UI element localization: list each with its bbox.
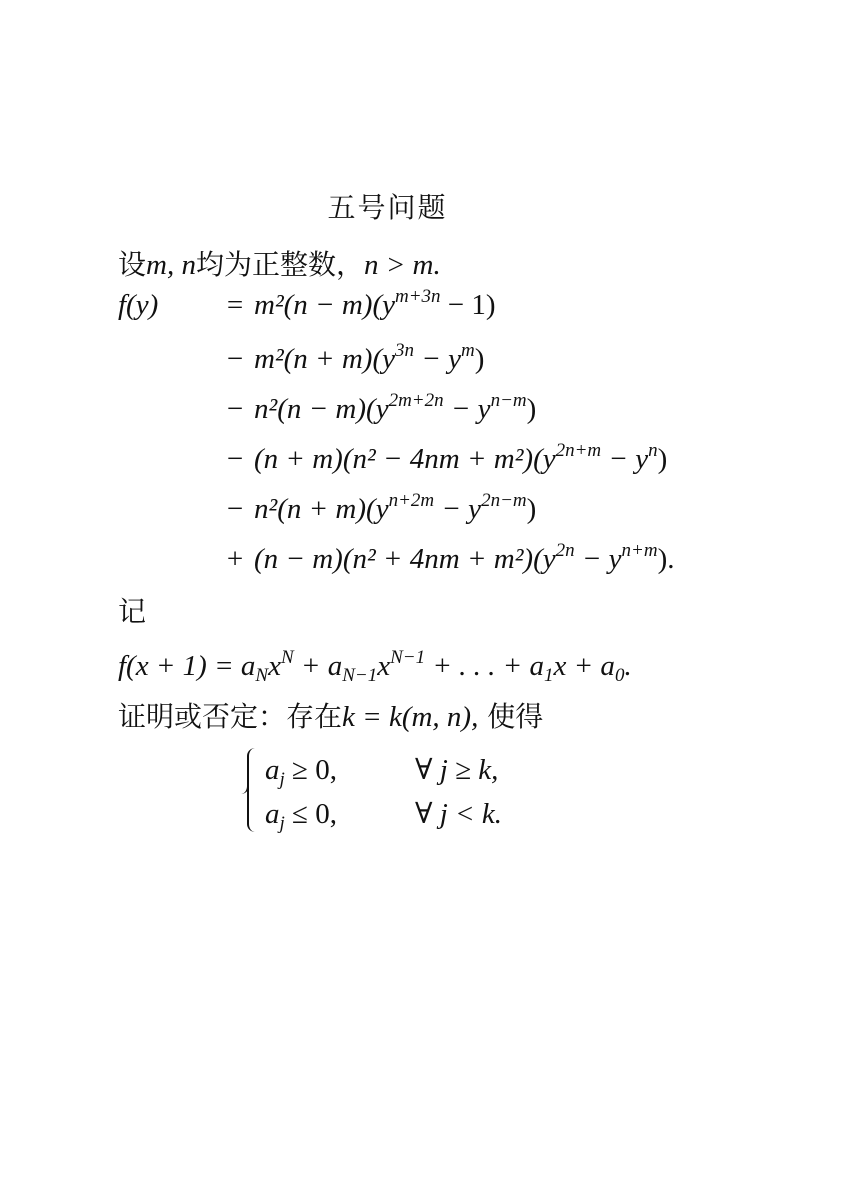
row-mid: − y	[575, 543, 622, 575]
equation-row-0: f(y)=m²(n − m)(ym+3n − 1)	[118, 290, 496, 320]
row-operator: −	[216, 395, 254, 424]
row-base: (y	[533, 543, 556, 575]
row-coefficient: m²(n + m)	[254, 343, 372, 375]
row-base: (y	[372, 289, 395, 321]
problem-title: 五号问题	[0, 186, 775, 226]
row-mid: − y	[434, 493, 481, 525]
intro-prefix: 设	[118, 248, 146, 281]
row-coefficient: m²(n − m)	[254, 289, 372, 321]
row-coefficient: (n + m)(n² − 4nm + m²)	[254, 443, 533, 475]
row-coefficient: (n − m)(n² + 4nm + m²)	[254, 543, 533, 575]
row-exponent: 2n+m	[556, 440, 602, 461]
case-row-0: aj ≥ 0,	[265, 756, 337, 785]
period: .	[624, 650, 631, 682]
expansion-lhs: f(x + 1) = a	[118, 650, 255, 682]
equation-row-1: −m²(n + m)(y3n − ym)	[118, 344, 484, 374]
case-lhs: a	[265, 798, 280, 830]
claim-suffix: 使得	[478, 700, 543, 733]
row-rest: )	[527, 393, 537, 425]
claim-line: 证明或否定：存在k = k(m, n), 使得	[118, 702, 543, 732]
row-rest: )	[527, 493, 537, 525]
row-operator: +	[216, 545, 254, 574]
case-relation: ≤ 0,	[285, 798, 337, 830]
row-rest: )	[475, 343, 485, 375]
row-exponent: 2m+2n	[389, 390, 444, 411]
row-exponent: 2n	[556, 540, 575, 561]
row-rest: )	[658, 443, 668, 475]
superscript: N	[281, 647, 294, 668]
row-exponent: 3n	[395, 340, 414, 361]
row-exponent-2: m	[461, 340, 475, 361]
row-exponent-2: n	[648, 440, 658, 461]
claim-expr: k = k(m, n),	[342, 701, 478, 733]
row-coefficient: n²(n − m)	[254, 393, 366, 425]
subscript: N−1	[342, 665, 377, 686]
x-term: x + a	[553, 650, 614, 682]
case-condition-0: ∀ j ≥ k,	[415, 756, 498, 785]
subscript: N	[255, 665, 268, 686]
equation-lhs: f(y)	[118, 291, 216, 320]
intro-condition: n > m.	[364, 249, 441, 281]
subscript: 0	[615, 665, 625, 686]
case-row-1: aj ≤ 0,	[265, 800, 337, 829]
row-base: (y	[372, 343, 395, 375]
row-exponent: m+3n	[395, 286, 441, 307]
tail-term: + . . . + a	[425, 650, 544, 682]
row-base: (y	[366, 393, 389, 425]
superscript: N−1	[390, 647, 425, 668]
case-relation: ≥ 0,	[285, 754, 337, 786]
row-exponent-2: 2n−m	[481, 490, 527, 511]
case-condition-1: ∀ j < k.	[415, 800, 502, 829]
equation-row-2: −n²(n − m)(y2m+2n − yn−m)	[118, 394, 536, 424]
row-mid: − y	[601, 443, 648, 475]
row-mid: − y	[414, 343, 461, 375]
document-page: 五号问题 设m, n均为正整数，n > m. f(y)=m²(n − m)(ym…	[0, 0, 849, 1200]
equation-row-4: −n²(n + m)(yn+2m − y2n−m)	[118, 494, 536, 524]
row-operator: −	[216, 445, 254, 474]
row-exponent: n+2m	[389, 490, 435, 511]
intro-mid: 均为正整数，	[196, 248, 364, 281]
intro-line: 设m, n均为正整数，n > m.	[118, 250, 441, 280]
note-label: 记	[118, 598, 146, 626]
intro-vars: m, n	[146, 249, 196, 281]
row-base: (y	[533, 443, 556, 475]
expansion-line: f(x + 1) = aNxN + aN−1xN−1 + . . . + a1x…	[118, 652, 632, 681]
row-operator: −	[216, 345, 254, 374]
x-term: x	[268, 650, 281, 682]
row-mid: − y	[444, 393, 491, 425]
case-lhs: a	[265, 754, 280, 786]
cases-brace	[247, 748, 263, 832]
x-term: x	[377, 650, 390, 682]
row-rest: ).	[658, 543, 675, 575]
row-coefficient: n²(n + m)	[254, 493, 366, 525]
row-rest: − 1)	[441, 289, 496, 321]
plus-term: + a	[294, 650, 343, 682]
row-base: (y	[366, 493, 389, 525]
row-exponent-2: n−m	[491, 390, 527, 411]
row-operator: −	[216, 495, 254, 524]
equation-row-3: −(n + m)(n² − 4nm + m²)(y2n+m − yn)	[118, 444, 667, 474]
row-exponent-2: n+m	[622, 540, 658, 561]
row-operator: =	[216, 291, 254, 320]
claim-prefix: 证明或否定：存在	[118, 700, 342, 733]
equation-row-5: +(n − m)(n² + 4nm + m²)(y2n − yn+m).	[118, 544, 675, 574]
